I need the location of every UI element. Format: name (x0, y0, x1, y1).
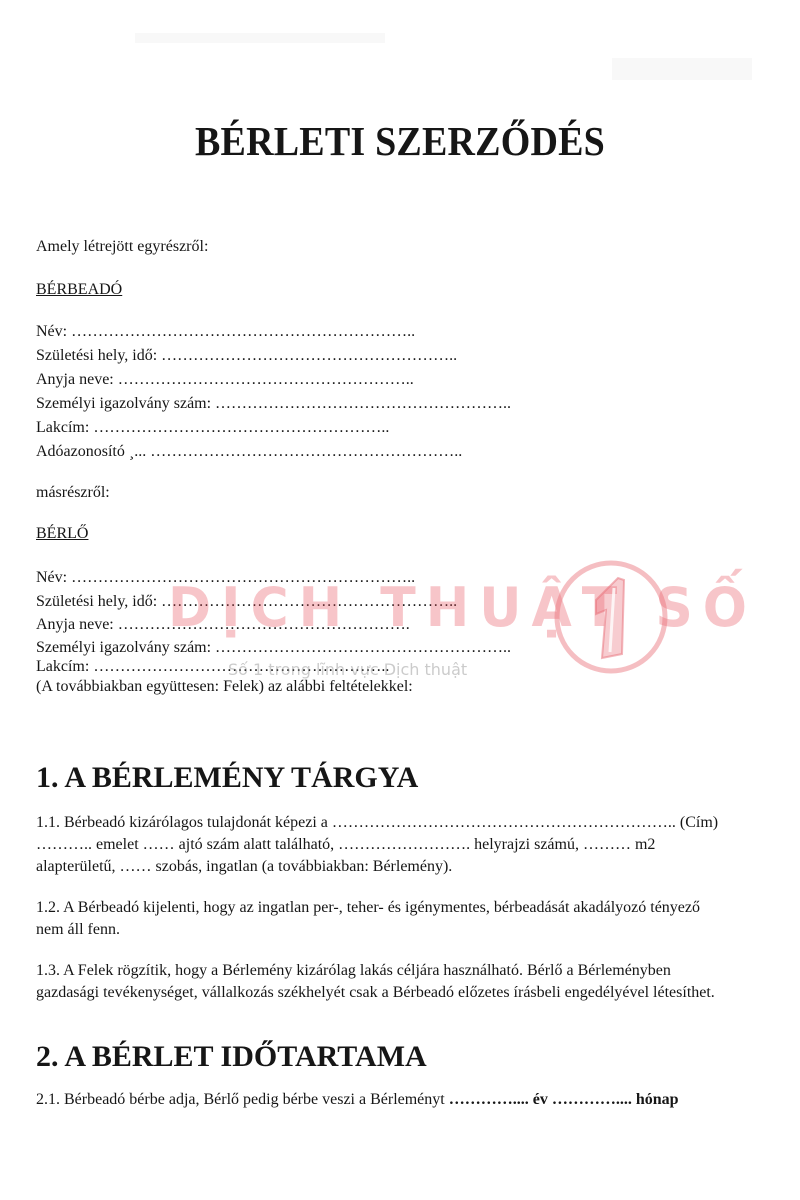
other-side-text: másrészről: (36, 483, 110, 503)
landlord-address-field: Lakcím: ……………………………………………….. (36, 418, 389, 438)
landlord-birth-field: Születési hely, idő: ……………………………………………….… (36, 346, 457, 366)
clause-1-2: 1.2. A Bérbeadó kijelenti, hogy az ingat… (36, 897, 766, 941)
landlord-id-field: Személyi igazolvány szám: ……………………………………… (36, 394, 511, 414)
section-2-heading: 2. A BÉRLET IDŐTARTAMA (36, 1040, 427, 1074)
tenant-id-field: Személyi igazolvány szám: ……………………………………… (36, 638, 511, 658)
intro-text: Amely létrejött egyrészről: (36, 237, 208, 257)
watermark-logo-icon (552, 558, 670, 676)
clause-1-3: 1.3. A Felek rögzítik, hogy a Bérlemény … (36, 960, 766, 1004)
parties-note: (A továbbiakban együttesen: Felek) az al… (36, 677, 413, 697)
landlord-mother-field: Anyja neve: ……………………………………………….. (36, 370, 414, 390)
landlord-name-field: Név: ……………………………………………………….. (36, 322, 415, 342)
faded-header-mark (612, 58, 752, 80)
document-title: BÉRLETI SZERZŐDÉS (0, 118, 800, 166)
clause-1-1: 1.1. Bérbeadó kizárólagos tulajdonát kép… (36, 812, 766, 878)
section-1-heading: 1. A BÉRLEMÉNY TÁRGYA (36, 761, 418, 795)
tenant-name-field: Név: ……………………………………………………….. (36, 568, 415, 588)
tenant-mother-field: Anyja neve: ………………………………………………. (36, 615, 410, 635)
faded-header-mark (135, 33, 385, 43)
landlord-heading: BÉRBEADÓ (36, 280, 122, 300)
tenant-birth-field: Születési hely, idő: ……………………………………………….… (36, 592, 457, 612)
clause-2-1: 2.1. Bérbeadó bérbe adja, Bérlő pedig bé… (36, 1089, 766, 1111)
tenant-address-field: Lakcím: ……………………………………………….. (36, 657, 389, 677)
landlord-taxid-field: Adóazonosító ¸... ………………………………………………….. (36, 442, 462, 462)
tenant-heading: BÉRLŐ (36, 524, 88, 544)
document-page: BÉRLETI SZERZŐDÉS Amely létrejött egyrés… (0, 0, 800, 1200)
